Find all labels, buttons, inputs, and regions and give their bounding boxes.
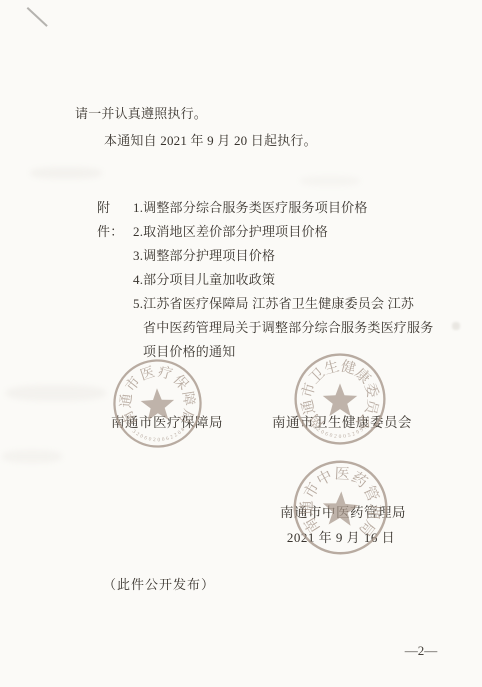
scan-artifact-speck <box>452 322 460 330</box>
svg-text:2: 2 <box>334 434 338 440</box>
attachment-item: 1.调整部分综合服务类医疗服务项目价格 <box>133 196 451 220</box>
attachment-item: 2.取消地区差价部分护理项目价格 <box>133 220 451 244</box>
svg-text:通: 通 <box>299 397 319 416</box>
body-paragraph-2: 本通知自 2021 年 9 月 20 日起执行。 <box>104 130 317 149</box>
attachments-block: 附件： 1.调整部分综合服务类医疗服务项目价格2.取消地区差价部分护理项目价格3… <box>97 196 451 364</box>
attachment-item: 4.部分项目儿童加收政策 <box>133 268 451 292</box>
scan-artifact-line <box>27 7 48 27</box>
attachments-label: 附件： <box>97 196 133 244</box>
svg-text:医: 医 <box>334 466 350 484</box>
official-seal-icon-medical-security: 南通市医疗保障局3206020062208 <box>108 354 206 452</box>
svg-text:0: 0 <box>339 434 342 440</box>
svg-text:委: 委 <box>361 381 381 400</box>
svg-text:医: 医 <box>138 363 157 384</box>
svg-text:0: 0 <box>329 433 333 440</box>
scan-artifact-smudge <box>6 385 106 401</box>
attachment-item: 3.调整部分护理项目价格 <box>133 244 451 268</box>
svg-text:8: 8 <box>180 427 186 433</box>
svg-text:局: 局 <box>176 406 197 426</box>
official-seal-icon-tcm-administration: 南通市中医药管理局 <box>287 454 393 560</box>
page-number: —2— <box>394 643 448 659</box>
svg-text:南: 南 <box>301 514 323 536</box>
official-seal-icon-health-commission: 南通市卫生健康委员会3206020052998 <box>291 350 389 448</box>
svg-text:0: 0 <box>161 437 165 443</box>
scan-artifact-smudge <box>2 450 62 463</box>
scan-artifact-smudge <box>30 167 102 179</box>
svg-text:0: 0 <box>148 436 152 442</box>
scanned-official-notice: 请一并认真遵照执行。 本通知自 2021 年 9 月 20 日起执行。 附件： … <box>0 0 482 687</box>
scan-artifact-smudge <box>300 176 360 186</box>
svg-text:通: 通 <box>299 500 316 515</box>
svg-text:0: 0 <box>343 434 347 440</box>
attachments-list: 1.调整部分综合服务类医疗服务项目价格2.取消地区差价部分护理项目价格3.调整部… <box>133 196 451 364</box>
svg-text:2: 2 <box>153 437 157 443</box>
svg-text:障: 障 <box>179 390 198 407</box>
svg-text:通: 通 <box>117 393 135 409</box>
svg-text:生: 生 <box>322 358 341 378</box>
body-paragraph-1: 请一并认真遵照执行。 <box>75 103 207 122</box>
svg-text:南: 南 <box>119 408 141 429</box>
svg-text:局: 局 <box>355 517 378 539</box>
public-release-note: （此件公开发布） <box>103 574 215 593</box>
svg-text:0: 0 <box>157 437 160 443</box>
